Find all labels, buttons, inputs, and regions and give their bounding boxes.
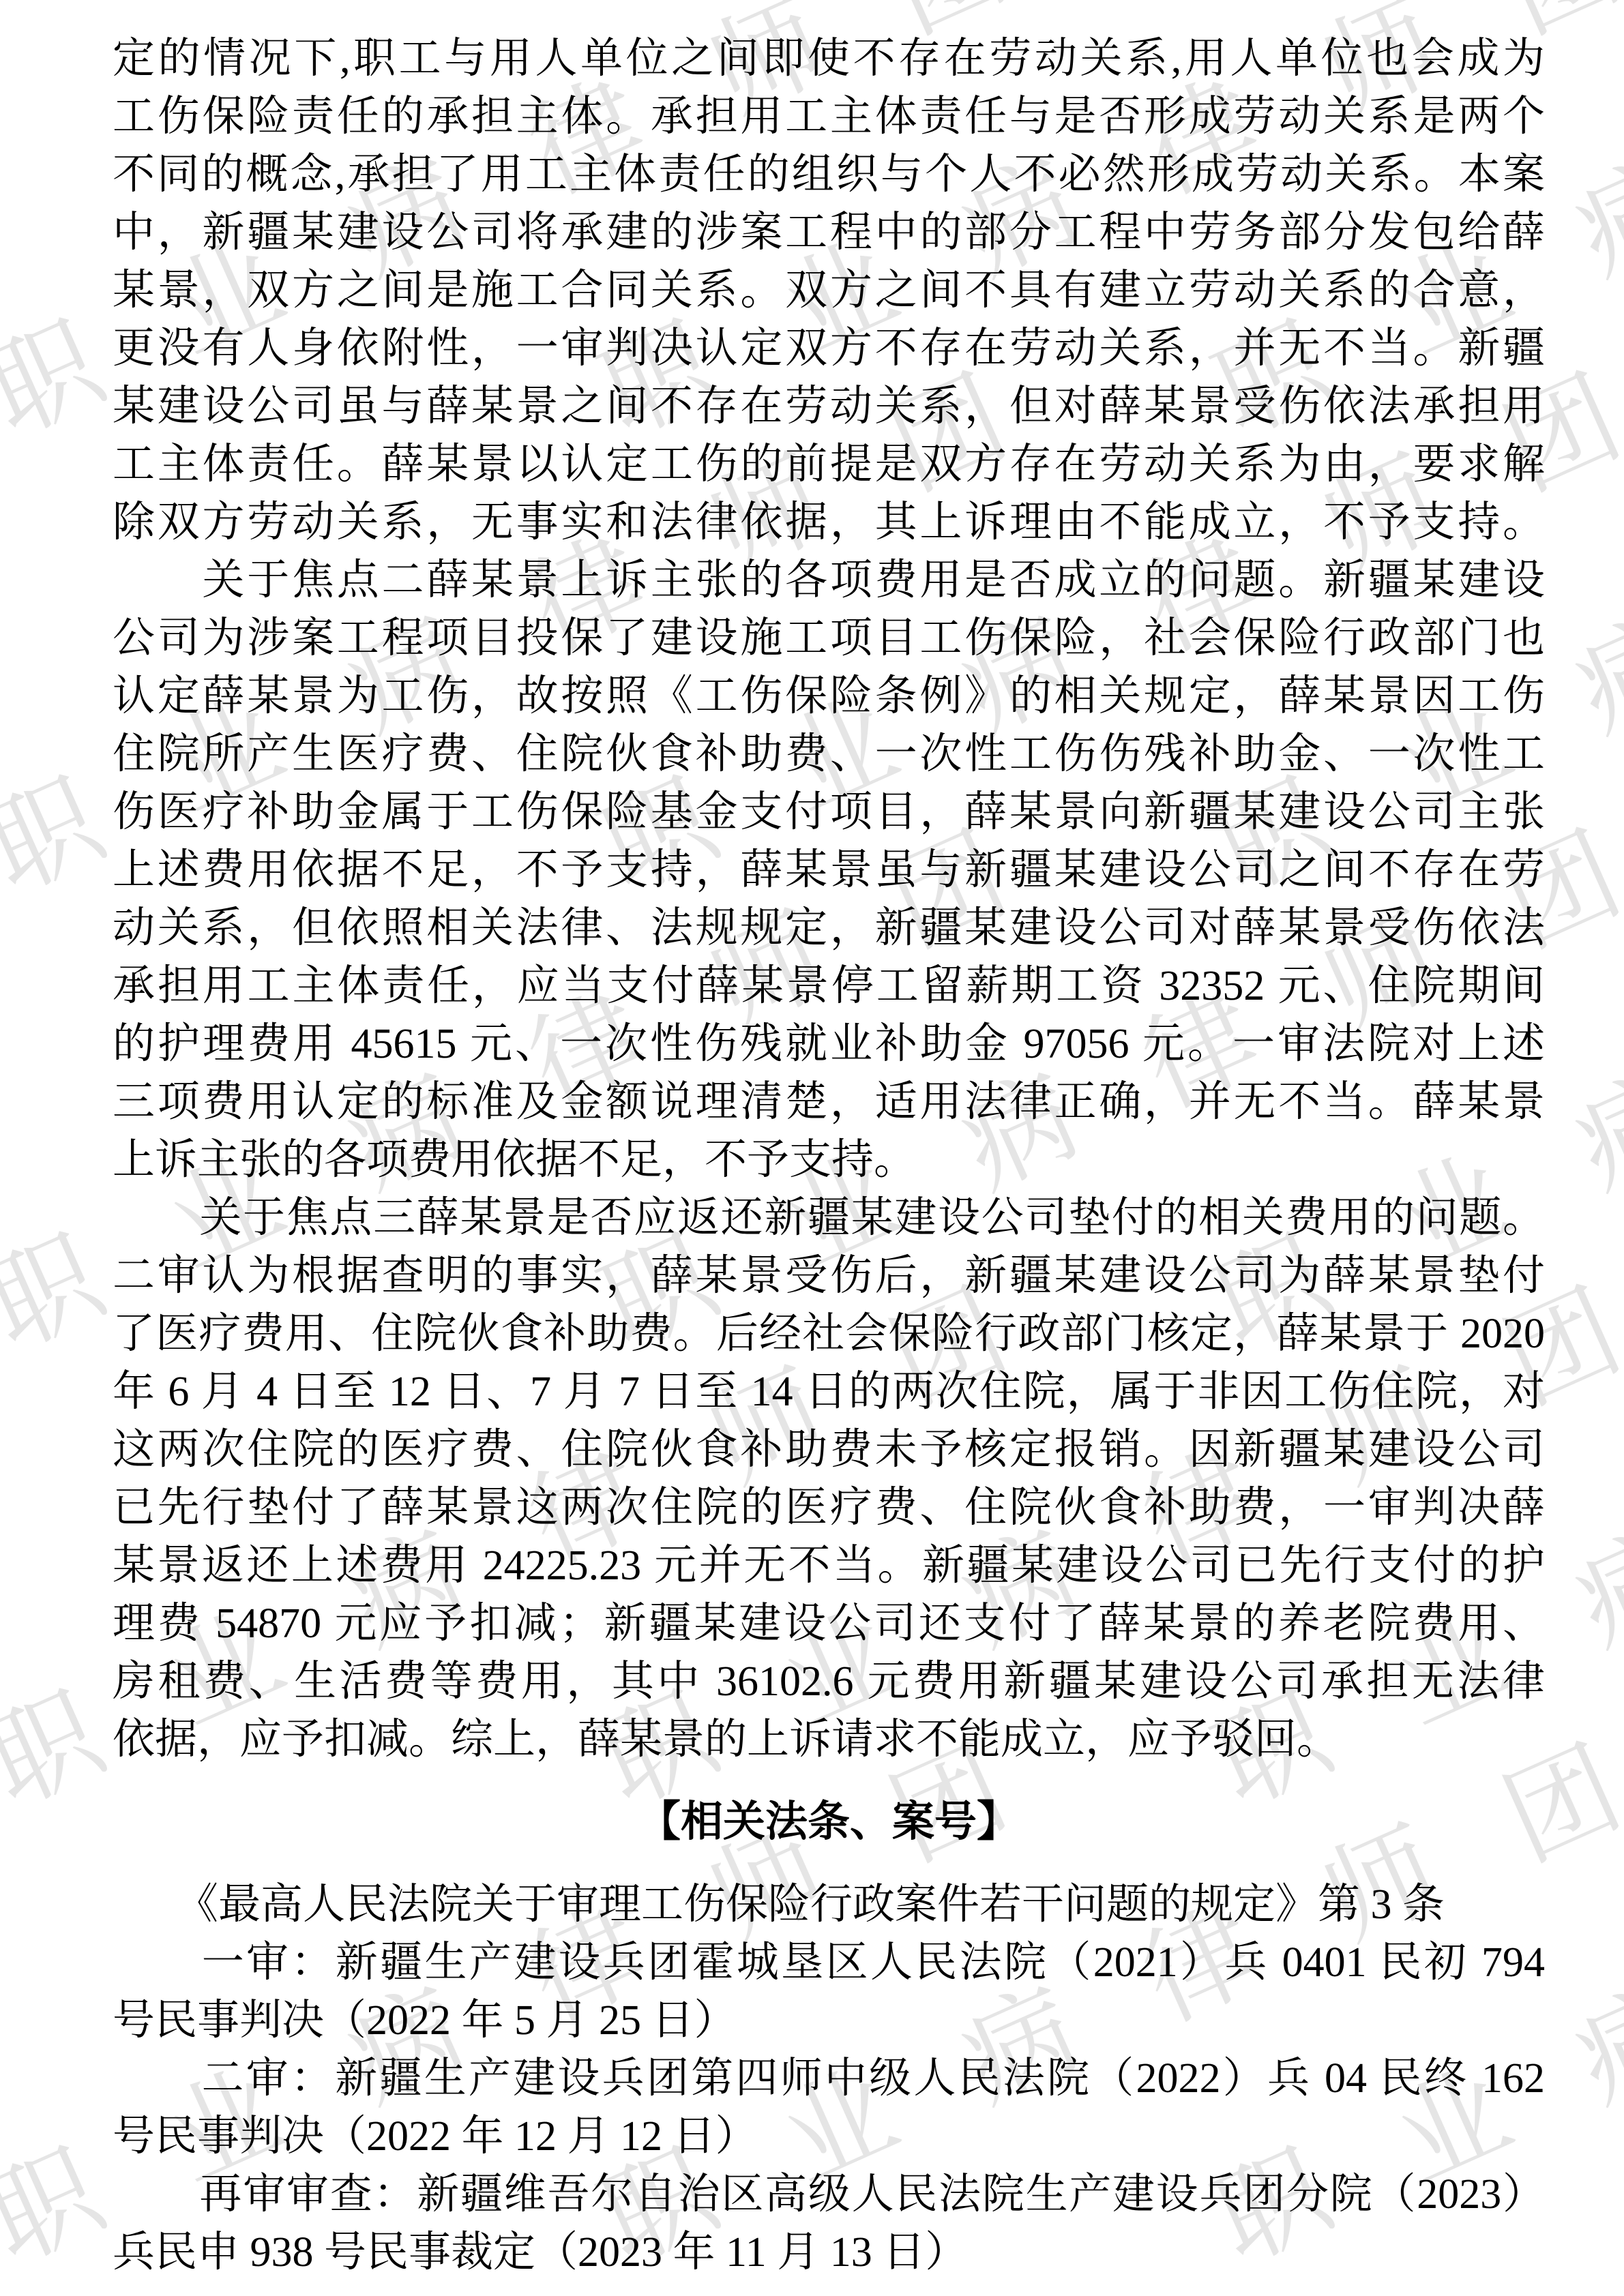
text-line: 某景，双方之间是施工合同关系。双方之间不具有建立劳动关系的合意，: [113, 262, 1545, 320]
text-line: 房租费、生活费等费用，其中 36102.6 元费用新疆某建设公司承担无法律: [113, 1653, 1545, 1711]
text-line: 了医疗费用、住院伙食补助费。后经社会保险行政部门核定，薛某景于 2020: [113, 1305, 1545, 1363]
text-line: 某建设公司虽与薛某景之间不存在劳动关系，但对薛某景受伤依法承担用: [113, 378, 1545, 436]
document-body: 定的情况下,职工与用人单位之间即使不存在劳动关系,用人单位也会成为工伤保险责任的…: [0, 0, 1624, 2282]
text-line: 动关系，但依照相关法律、法规规定，新疆某建设公司对薛某景受伤依法: [113, 899, 1545, 957]
document-page: 职业病律师团职业病律师团职业病律师团职业病律师团职业病律师团职业病律师团职业病律…: [0, 0, 1624, 2296]
text-line: 更没有人身依附性，一审判决认定双方不存在劳动关系，并无不当。新疆: [113, 320, 1545, 378]
text-line: 这两次住院的医疗费、住院伙食补助费未予核定报销。因新疆某建设公司: [113, 1421, 1545, 1479]
text-line: 承担用工主体责任，应当支付薛某景停工留薪期工资 32352 元、住院期间: [113, 957, 1545, 1015]
text-line: 工主体责任。薛某景以认定工伤的前提是双方存在劳动关系为由，要求解: [113, 436, 1545, 494]
text-line: 定的情况下,职工与用人单位之间即使不存在劳动关系,用人单位也会成为: [113, 30, 1545, 88]
text-line: 二审：新疆生产建设兵团第四师中级人民法院（2022）兵 04 民终 162: [113, 2050, 1545, 2108]
text-line: 伤医疗补助金属于工伤保险基金支付项目，薛某景向新疆某建设公司主张: [113, 784, 1545, 841]
text-line: 再审审查：新疆维吾尔自治区高级人民法院生产建设兵团分院（2023）: [113, 2166, 1545, 2224]
text-line: 理费 54870 元应予扣减；新疆某建设公司还支付了薛某景的养老院费用、: [113, 1595, 1545, 1653]
text-line: 兵民申 938 号民事裁定（2023 年 11 月 13 日）: [113, 2224, 1545, 2282]
text-line: 一审：新疆生产建设兵团霍城垦区人民法院（2021）兵 0401 民初 794: [113, 1934, 1545, 1992]
text-line: 认定薛某景为工伤，故按照《工伤保险条例》的相关规定，薛某景因工伤: [113, 668, 1545, 726]
text-line: 上述费用依据不足，不予支持，薛某景虽与新疆某建设公司之间不存在劳: [113, 841, 1545, 899]
text-line: 年 6 月 4 日至 12 日、7 月 7 日至 14 日的两次住院，属于非因工…: [113, 1363, 1545, 1421]
text-line: 号民事判决（2022 年 5 月 25 日）: [113, 1992, 1545, 2050]
text-line: 的护理费用 45615 元、一次性伤残就业补助金 97056 元。一审法院对上述: [113, 1015, 1545, 1073]
text-line: 二审认为根据查明的事实，薛某景受伤后，新疆某建设公司为薛某景垫付: [113, 1247, 1545, 1305]
text-line: 除双方劳动关系，无事实和法律依据，其上诉理由不能成立，不予支持。: [113, 494, 1545, 552]
text-line: 公司为涉案工程项目投保了建设施工项目工伤保险，社会保险行政部门也: [113, 610, 1545, 668]
section-heading: 【相关法条、案号】: [113, 1793, 1545, 1851]
text-line: 依据，应予扣减。综上，薛某景的上诉请求不能成立，应予驳回。: [113, 1711, 1545, 1769]
text-line: 关于焦点三薛某景是否应返还新疆某建设公司垫付的相关费用的问题。: [113, 1189, 1545, 1247]
text-line: 已先行垫付了薛某景这两次住院的医疗费、住院伙食补助费，一审判决薛: [113, 1479, 1545, 1537]
text-line: 住院所产生医疗费、住院伙食补助费、一次性工伤伤残补助金、一次性工: [113, 726, 1545, 784]
text-line: 上诉主张的各项费用依据不足，不予支持。: [113, 1131, 1545, 1189]
text-line: 三项费用认定的标准及金额说理清楚，适用法律正确，并无不当。薛某景: [113, 1073, 1545, 1131]
text-line: 不同的概念,承担了用工主体责任的组织与个人不必然形成劳动关系。本案: [113, 146, 1545, 204]
text-line: 工伤保险责任的承担主体。承担用工主体责任与是否形成劳动关系是两个: [113, 88, 1545, 146]
text-line: 某景返还上述费用 24225.23 元并无不当。新疆某建设公司已先行支付的护: [113, 1537, 1545, 1595]
text-line: 号民事判决（2022 年 12 月 12 日）: [113, 2108, 1545, 2166]
text-line: 《最高人民法院关于审理工伤保险行政案件若干问题的规定》第 3 条: [113, 1876, 1545, 1934]
text-line: 中，新疆某建设公司将承建的涉案工程中的部分工程中劳务部分发包给薛: [113, 204, 1545, 262]
text-line: 关于焦点二薛某景上诉主张的各项费用是否成立的问题。新疆某建设: [113, 552, 1545, 610]
